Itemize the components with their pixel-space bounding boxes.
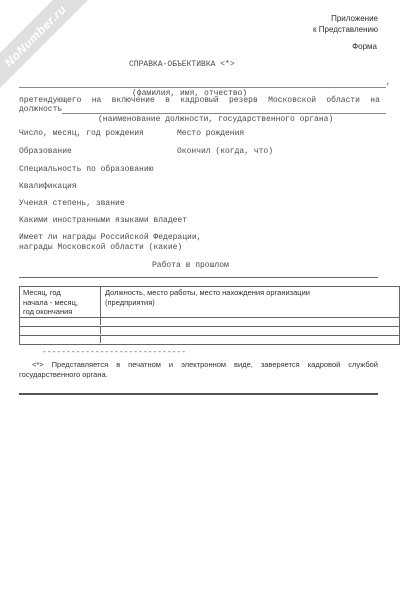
- applicant-word: в: [165, 96, 170, 105]
- table-cell-period: [20, 318, 101, 325]
- field-qualification-label: Квалификация: [19, 182, 77, 191]
- footnote-word: в: [116, 360, 120, 369]
- applicant-line: претендующего на включение в кадровый ре…: [19, 96, 380, 105]
- field-awards-label-line2: награды Московской области (какие): [19, 243, 182, 252]
- table-row: [20, 335, 399, 344]
- col1-header: Месяц, год начала - месяц, год окончания: [20, 287, 101, 317]
- footnote-word: <*>: [32, 360, 44, 369]
- header-line: Должность, место работы, место нахождени…: [105, 288, 397, 298]
- field-graduated-label: Окончил (когда, что): [177, 147, 273, 156]
- header-line: Месяц, год: [23, 288, 98, 298]
- footnote-line1: <*> Представляется в печатном и электрон…: [32, 360, 378, 369]
- field-birth-date-label: Число, месяц, год рождения: [19, 129, 144, 138]
- field-specialty-label: Специальность по образованию: [19, 165, 153, 174]
- table-cell-position: [101, 327, 399, 335]
- field-languages-label: Какими иностранными языками владеет: [19, 216, 187, 225]
- fio-trailing-comma: ,: [386, 78, 391, 87]
- watermark-label: NoNumber.ru: [1, 2, 69, 70]
- footnote-word: заверяется: [261, 360, 300, 369]
- table-header-row: Месяц, год начала - месяц, год окончания…: [20, 287, 399, 317]
- work-history-table: Месяц, год начала - месяц, год окончания…: [19, 286, 400, 345]
- applicant-word: на: [92, 96, 102, 105]
- table-cell-position: [101, 336, 399, 344]
- table-row: [20, 326, 399, 335]
- applicant-word: претендующего: [19, 96, 81, 105]
- footnote-word: виде,: [234, 360, 253, 369]
- table-cell-period: [20, 336, 101, 343]
- position-underline: [62, 105, 386, 114]
- field-awards-label-line1: Имеет ли награды Российской Федерации,: [19, 233, 201, 242]
- header-line: (предприятия): [105, 298, 397, 308]
- table-top-rule: [19, 277, 378, 278]
- footnote-word: и: [169, 360, 173, 369]
- footnote-word: Представляется: [52, 360, 109, 369]
- col2-header: Должность, место работы, место нахождени…: [101, 287, 399, 317]
- field-birth-place-label: Место рождения: [177, 129, 244, 138]
- applicant-word: на: [370, 96, 380, 105]
- header-line: начала - месяц,: [23, 298, 98, 308]
- footnote-word: службой: [348, 360, 378, 369]
- footnote-word: электронном: [181, 360, 226, 369]
- field-degree-label: Ученая степень, звание: [19, 199, 125, 208]
- position-caption: (наименование должности, государственног…: [98, 115, 333, 124]
- applicant-word: резерв: [229, 96, 258, 105]
- applicant-word: кадровый: [180, 96, 218, 105]
- document-title: СПРАВКА-ОБЪЕКТИВКА <*>: [129, 60, 235, 69]
- applicant-word: включение: [112, 96, 155, 105]
- position-label: должность: [19, 105, 62, 114]
- bottom-rule: [19, 393, 378, 395]
- annex-line-2: к Представлению: [313, 25, 378, 35]
- document-page: NoNumber.ru Приложение к Представлению Ф…: [0, 0, 420, 600]
- fio-underline: [19, 79, 386, 88]
- footnote-separator: ------------------------------: [42, 348, 186, 357]
- annex-line-1: Приложение: [331, 14, 378, 24]
- field-education-label: Образование: [19, 147, 72, 156]
- table-row: [20, 317, 399, 326]
- header-line: год окончания: [23, 307, 98, 317]
- footnote-word: печатном: [128, 360, 161, 369]
- form-label: Форма: [352, 42, 377, 52]
- table-cell-period: [20, 327, 101, 334]
- table-cell-position: [101, 318, 399, 326]
- footnote-word: кадровой: [308, 360, 341, 369]
- work-history-title: Работа в прошлом: [152, 261, 229, 270]
- applicant-word: Московской: [268, 96, 316, 105]
- footnote-line2: государственного органа.: [19, 370, 108, 379]
- applicant-word: области: [326, 96, 360, 105]
